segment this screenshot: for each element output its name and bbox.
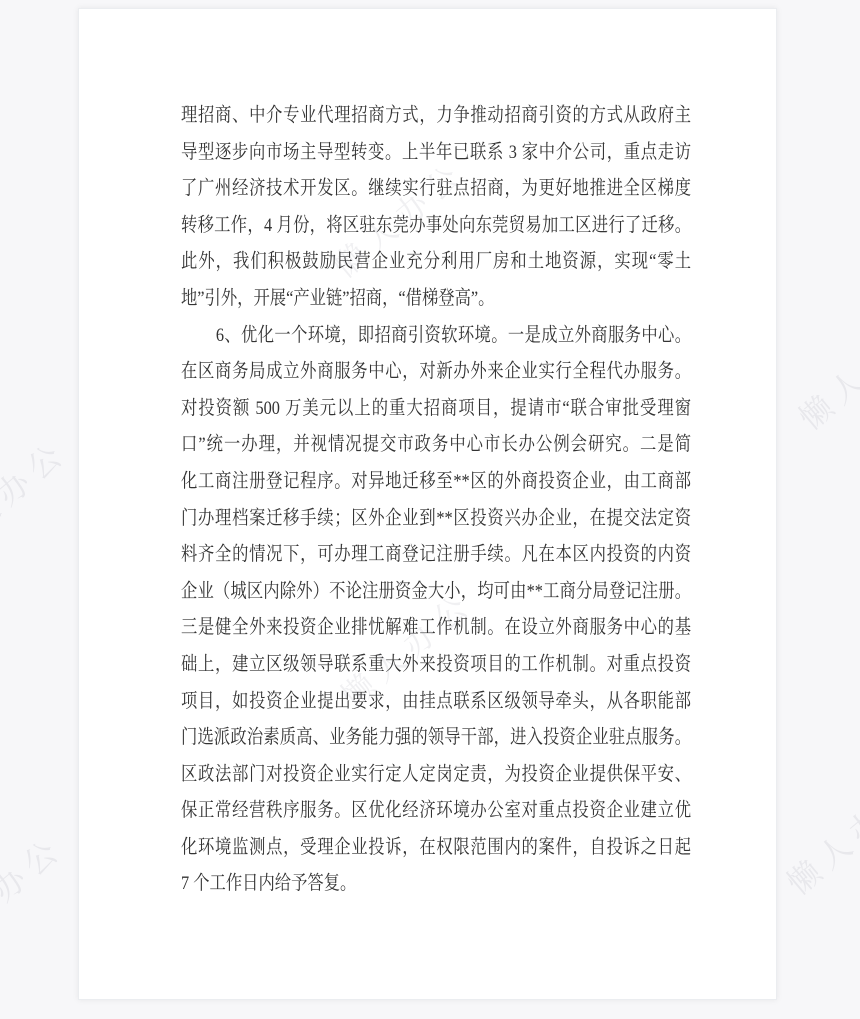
watermark-text: 懒人办公 <box>0 824 72 962</box>
text-line: 企业（城区内除外）不论注册资金大小，均可由**工商分局登记注册。 <box>181 574 691 611</box>
text-line: 项目，如投资企业提出要求，由挂点联系区级领导牵头，从各职能部 <box>181 684 691 721</box>
document-page: 理招商、中介专业代理招商方式，力争推动招商引资的方式从政府主导型逐步向市场主导型… <box>78 8 777 1000</box>
text-line: 区政法部门对投资企业实行定人定岗定责，为投资企业提供保平安、 <box>181 757 691 794</box>
text-line: 理招商、中介专业代理招商方式，力争推动招商引资的方式从政府主 <box>181 98 691 135</box>
text-line: 在区商务局成立外商服务中心，对新办外来企业实行全程代办服务。 <box>181 354 691 391</box>
document-body: 理招商、中介专业代理招商方式，力争推动招商引资的方式从政府主导型逐步向市场主导型… <box>181 98 691 903</box>
text-line: 导型逐步向市场主导型转变。上半年已联系 3 家中介公司，重点走访 <box>181 135 691 172</box>
text-line: 三是健全外来投资企业排忧解难工作机制。在设立外商服务中心的基 <box>181 610 691 647</box>
text-line: 化环境监测点，受理企业投诉，在权限范围内的案件，自投诉之日起 <box>181 830 691 867</box>
text-line: 门办理档案迁移手续；区外企业到**区投资兴办企业，在提交法定资 <box>181 501 691 538</box>
text-line: 了广州经济技术开发区。继续实行驻点招商，为更好地推进全区梯度 <box>181 171 691 208</box>
text-line: 6、优化一个环境，即招商引资软环境。一是成立外商服务中心。 <box>181 318 691 355</box>
watermark-text: 懒人办公 <box>776 766 860 904</box>
watermark-text: 懒人办公 <box>788 301 860 439</box>
text-line: 口”统一办理，并视情况提交市政务中心市长办公例会研究。二是简 <box>181 427 691 464</box>
text-line: 保正常经营秩序服务。区优化经济环境办公室对重点投资企业建立优 <box>181 793 691 830</box>
text-line: 化工商注册登记程序。对异地迁移至**区的外商投资企业，由工商部 <box>181 464 691 501</box>
text-line: 对投资额 500 万美元以上的重大招商项目，提请市“联合审批受理窗 <box>181 391 691 428</box>
document-viewer-canvas[interactable]: 理招商、中介专业代理招商方式，力争推动招商引资的方式从政府主导型逐步向市场主导型… <box>0 0 860 1019</box>
text-line: 此外，我们积极鼓励民营企业充分利用厂房和土地资源，实现“零土 <box>181 244 691 281</box>
text-line: 地”引外，开展“产业链”招商，“借梯登高”。 <box>181 281 691 318</box>
text-line: 料齐全的情况下，可办理工商登记注册手续。凡在本区内投资的内资 <box>181 537 691 574</box>
watermark-text: 懒人办公 <box>0 428 76 566</box>
text-line: 础上，建立区级领导联系重大外来投资项目的工作机制。对重点投资 <box>181 647 691 684</box>
text-line: 转移工作，4 月份，将区驻东莞办事处向东莞贸易加工区进行了迁移。 <box>181 208 691 245</box>
text-line: 门选派政治素质高、业务能力强的领导干部，进入投资企业驻点服务。 <box>181 720 691 757</box>
text-line: 7 个工作日内给予答复。 <box>181 866 691 903</box>
